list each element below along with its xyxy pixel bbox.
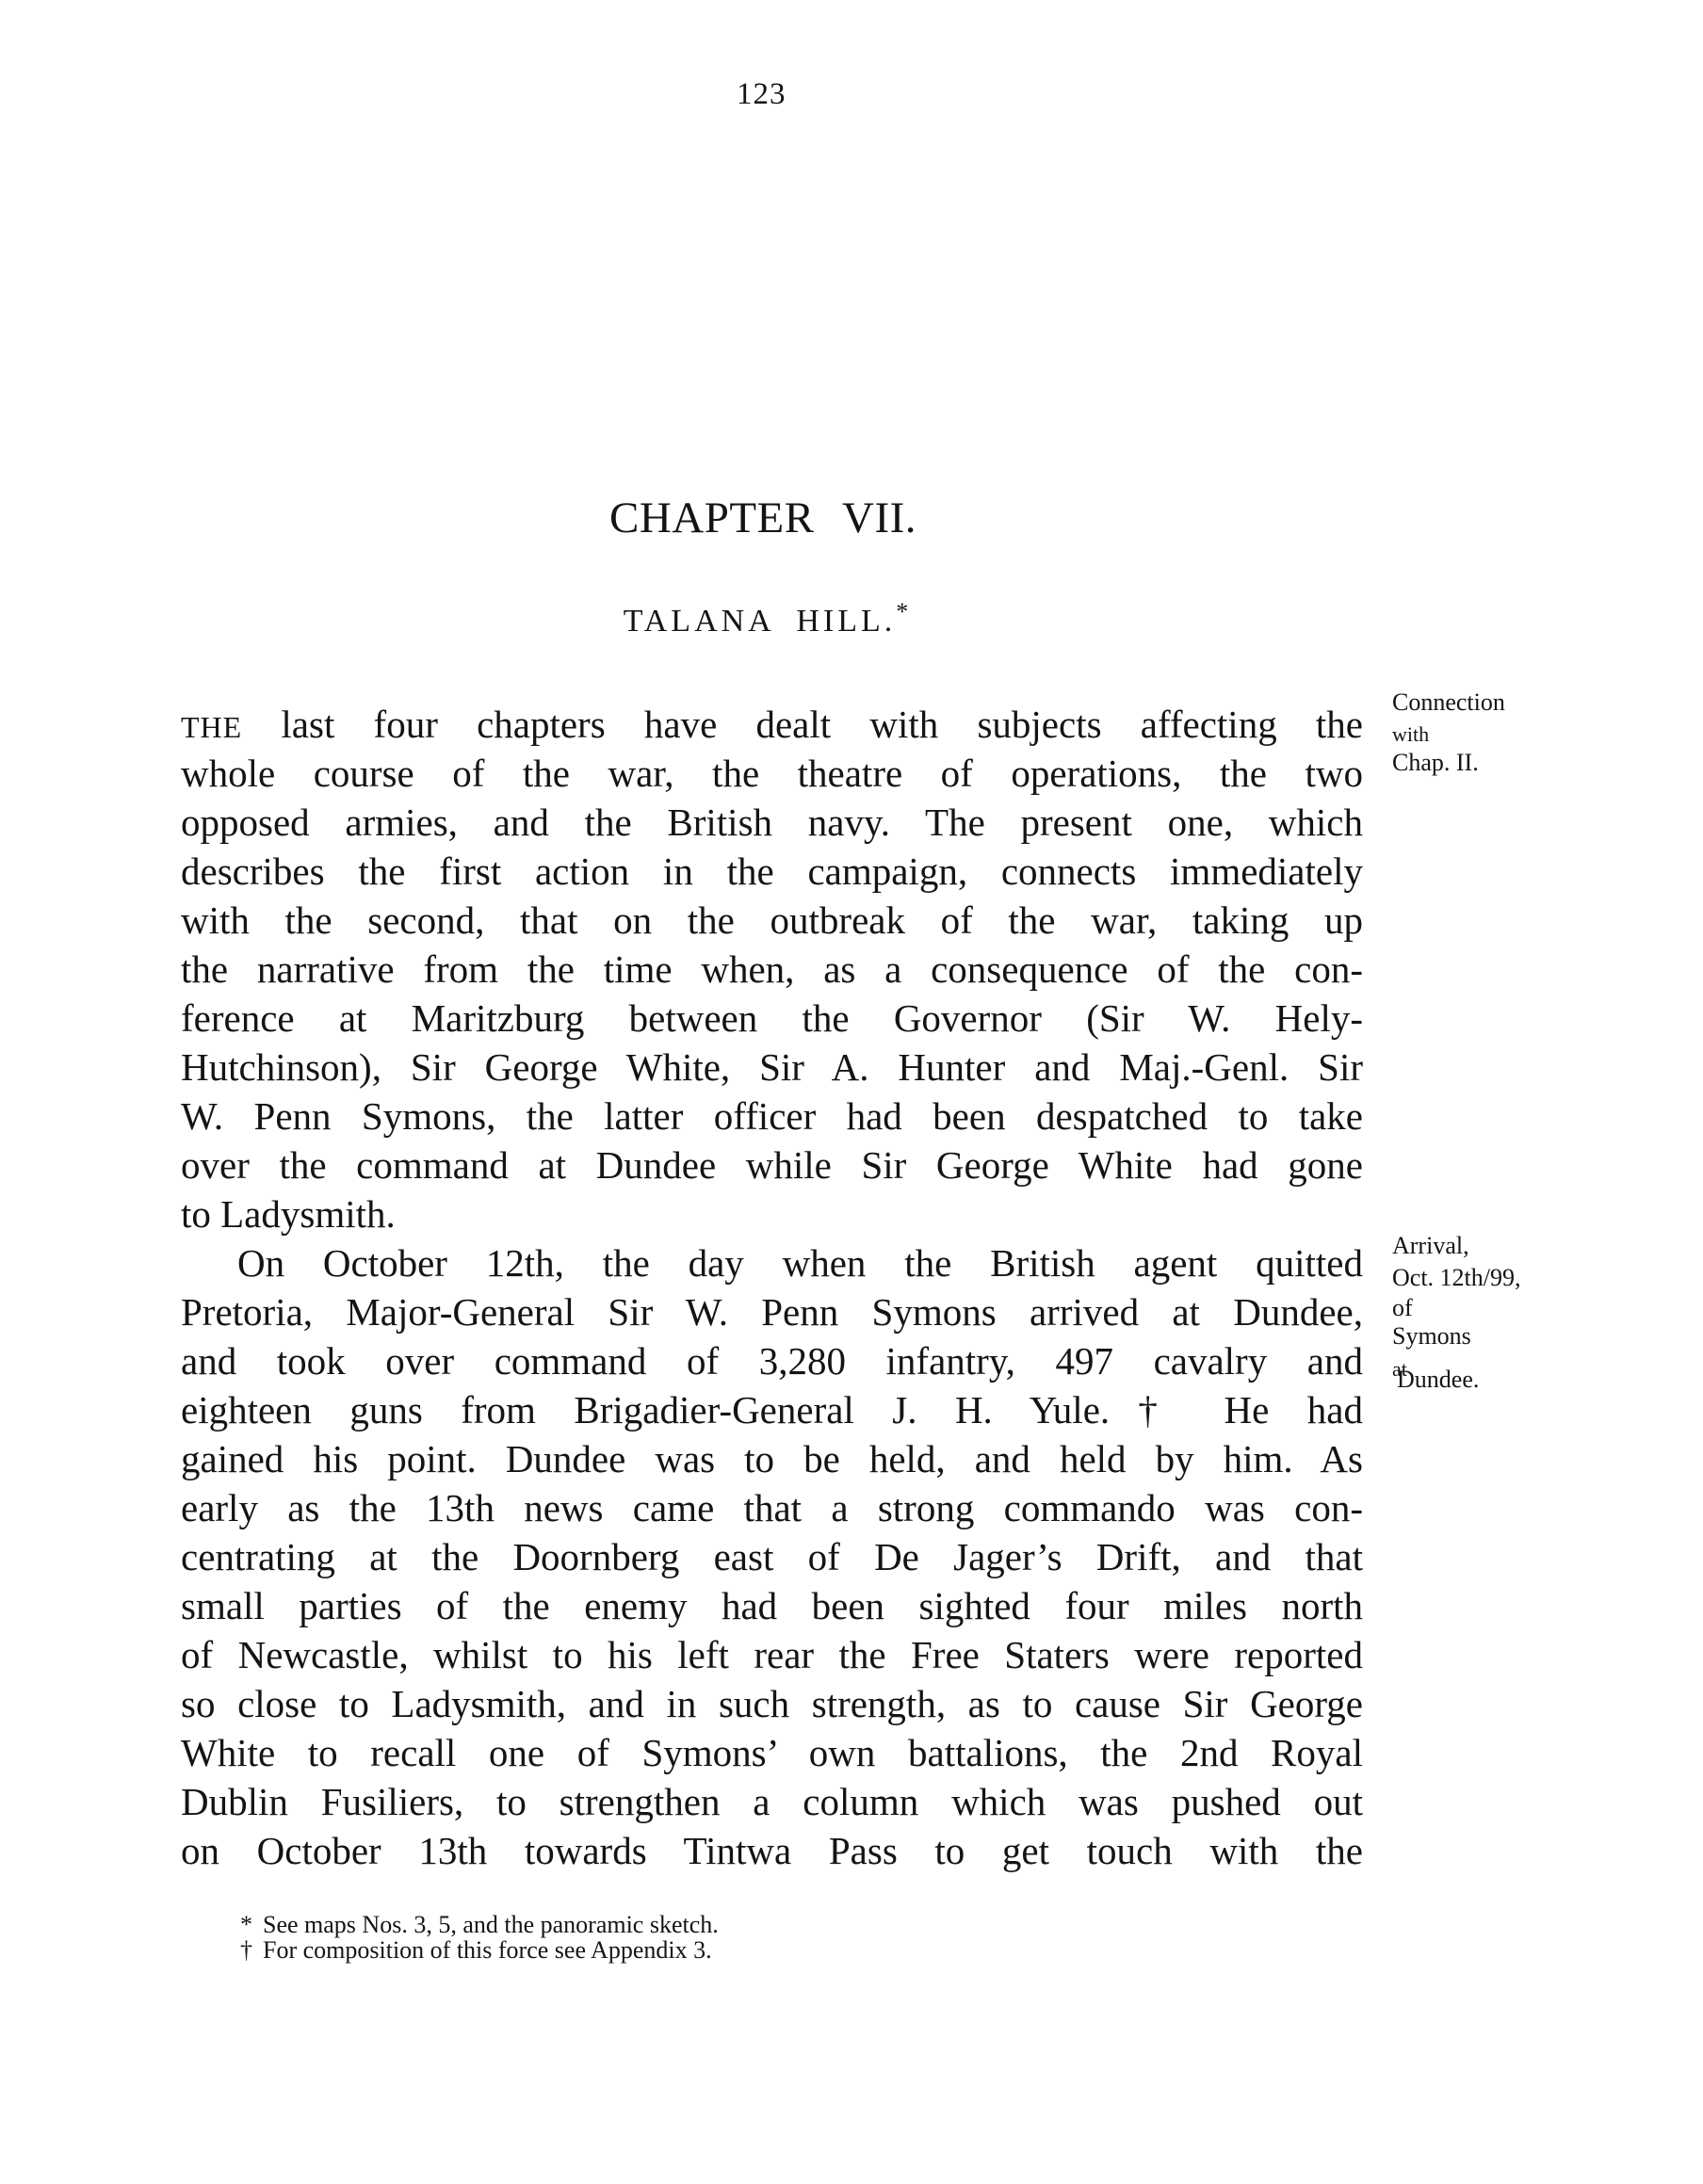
body-line: describes the first action in the campai… bbox=[181, 847, 1363, 896]
body-line: and took over command of 3,280 infantry,… bbox=[181, 1336, 1363, 1385]
body-line: early as the 13th news came that a stron… bbox=[181, 1483, 1363, 1532]
footnote: *See maps Nos. 3, 5, and the panoramic s… bbox=[240, 1913, 719, 1937]
chapter-title: TALANA HILL.* bbox=[527, 600, 1004, 638]
body-line: whole course of the war, the theatre of … bbox=[181, 749, 1363, 798]
body-text: The last four chapters have dealt with s… bbox=[181, 700, 1363, 1875]
body-line: opposed armies, and the British navy. Th… bbox=[181, 798, 1363, 847]
chapter-title-text: TALANA HILL. bbox=[624, 604, 897, 639]
body-line: on October 13th towards Tintwa Pass to g… bbox=[181, 1826, 1363, 1875]
margin-note-line: Arrival, bbox=[1392, 1234, 1469, 1258]
body-line: to Ladysmith. bbox=[181, 1189, 1363, 1238]
footnote-text: For composition of this force see Append… bbox=[263, 1936, 712, 1964]
body-line: ference at Maritzburg between the Govern… bbox=[181, 994, 1363, 1043]
footnote-mark: * bbox=[240, 1913, 263, 1937]
margin-note-line: Dundee. bbox=[1397, 1367, 1479, 1392]
margin-note-line: of bbox=[1392, 1296, 1413, 1320]
body-line: The last four chapters have dealt with s… bbox=[181, 700, 1363, 749]
margin-note-line: Oct. 12th/99, bbox=[1392, 1266, 1521, 1290]
body-line: of Newcastle, whilst to his left rear th… bbox=[181, 1630, 1363, 1679]
footnote: †For composition of this force see Appen… bbox=[240, 1938, 712, 1963]
body-line: gained his point. Dundee was to be held,… bbox=[181, 1434, 1363, 1483]
margin-note-line: Chap. II. bbox=[1392, 751, 1479, 775]
margin-note-line: Connection bbox=[1392, 690, 1505, 715]
body-line: Dublin Fusiliers, to strengthen a column… bbox=[181, 1777, 1363, 1826]
body-line: so close to Ladysmith, and in such stren… bbox=[181, 1679, 1363, 1728]
body-line: On October 12th, the day when the Britis… bbox=[181, 1238, 1363, 1287]
footnote-text: See maps Nos. 3, 5, and the panoramic sk… bbox=[263, 1911, 719, 1938]
body-line: small parties of the enemy had been sigh… bbox=[181, 1581, 1363, 1630]
body-line: the narrative from the time when, as a c… bbox=[181, 945, 1363, 994]
margin-note-line: Symons bbox=[1392, 1324, 1471, 1349]
footnote-mark: † bbox=[240, 1938, 263, 1963]
body-line: over the command at Dundee while Sir Geo… bbox=[181, 1141, 1363, 1189]
page-number: 123 bbox=[737, 79, 787, 110]
body-line: Pretoria, Major-General Sir W. Penn Symo… bbox=[181, 1287, 1363, 1336]
body-line: eighteen guns from Brigadier-General J. … bbox=[181, 1385, 1363, 1434]
body-line: W. Penn Symons, the latter officer had b… bbox=[181, 1092, 1363, 1141]
body-line: Hutchinson), Sir George White, Sir A. Hu… bbox=[181, 1043, 1363, 1092]
body-line: with the second, that on the outbreak of… bbox=[181, 896, 1363, 945]
margin-note-line: with bbox=[1392, 724, 1429, 745]
footnote-reference-asterisk: * bbox=[896, 598, 908, 625]
body-line: centrating at the Doornberg east of De J… bbox=[181, 1532, 1363, 1581]
body-line: White to recall one of Symons’ own batta… bbox=[181, 1728, 1363, 1777]
opening-smallcaps-word: The bbox=[181, 710, 242, 744]
chapter-heading: CHAPTER VII. bbox=[527, 496, 998, 541]
